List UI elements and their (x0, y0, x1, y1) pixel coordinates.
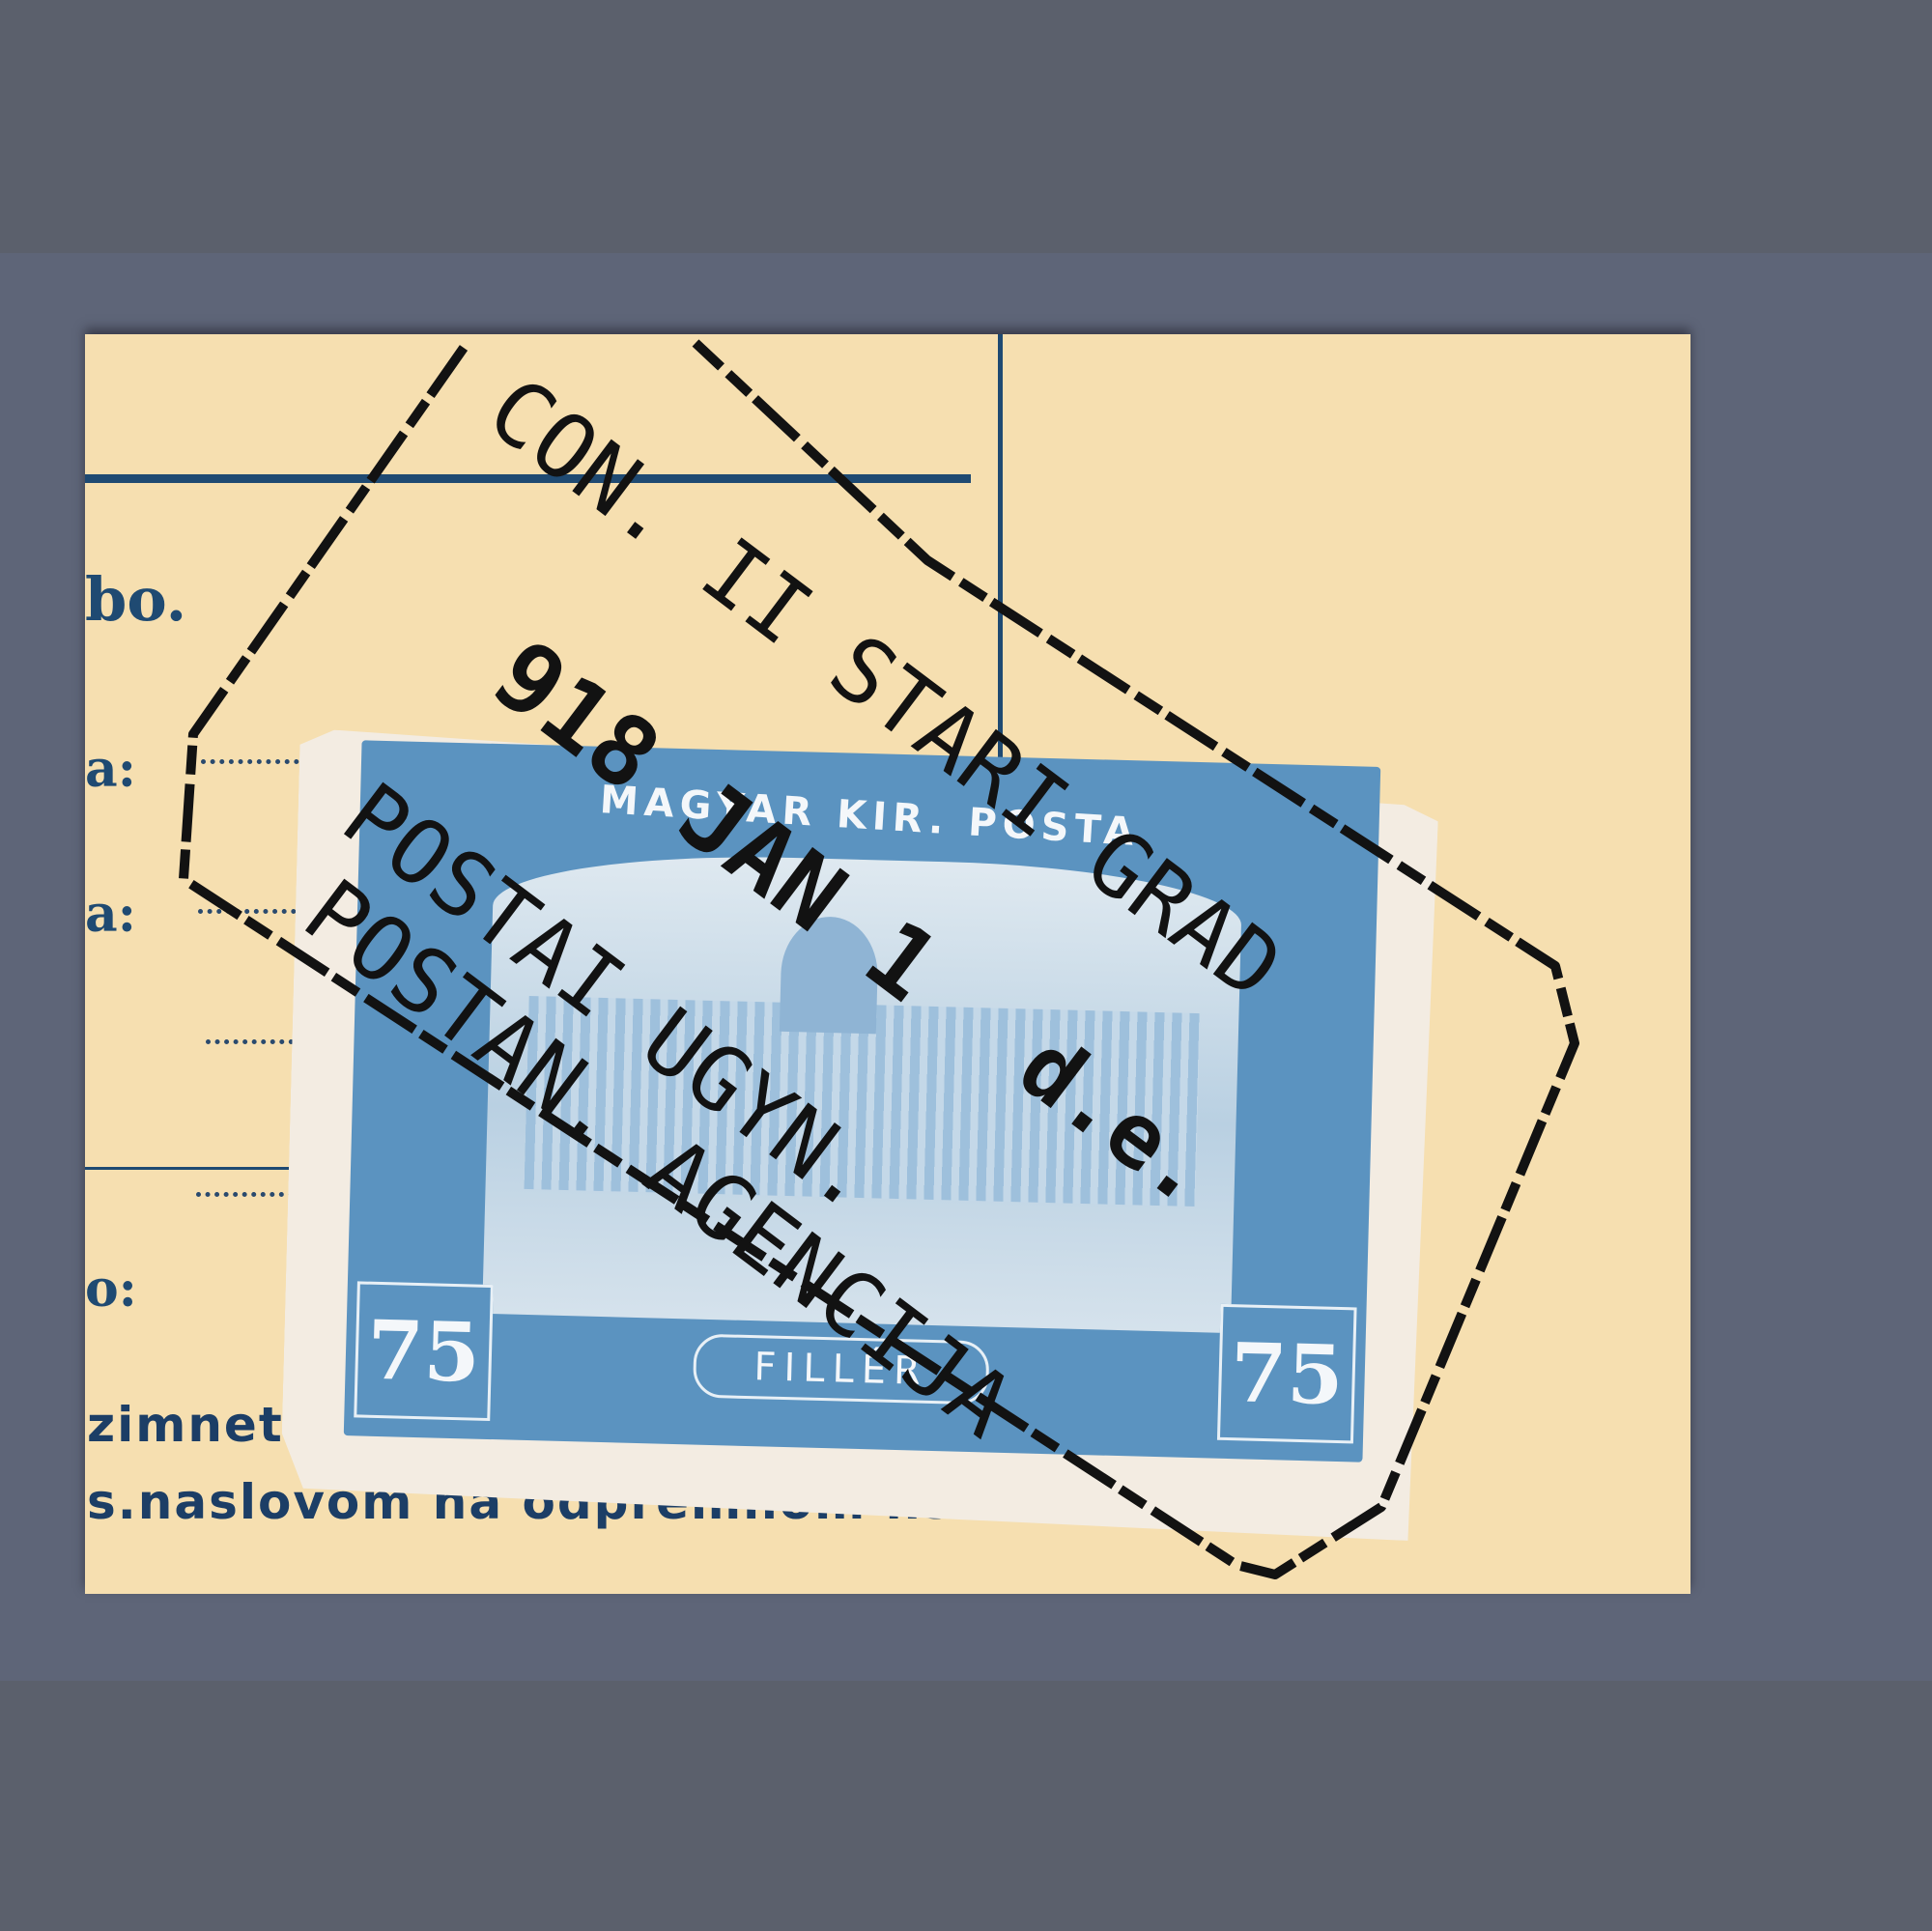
cancellation-frame (0, 0, 1932, 1931)
